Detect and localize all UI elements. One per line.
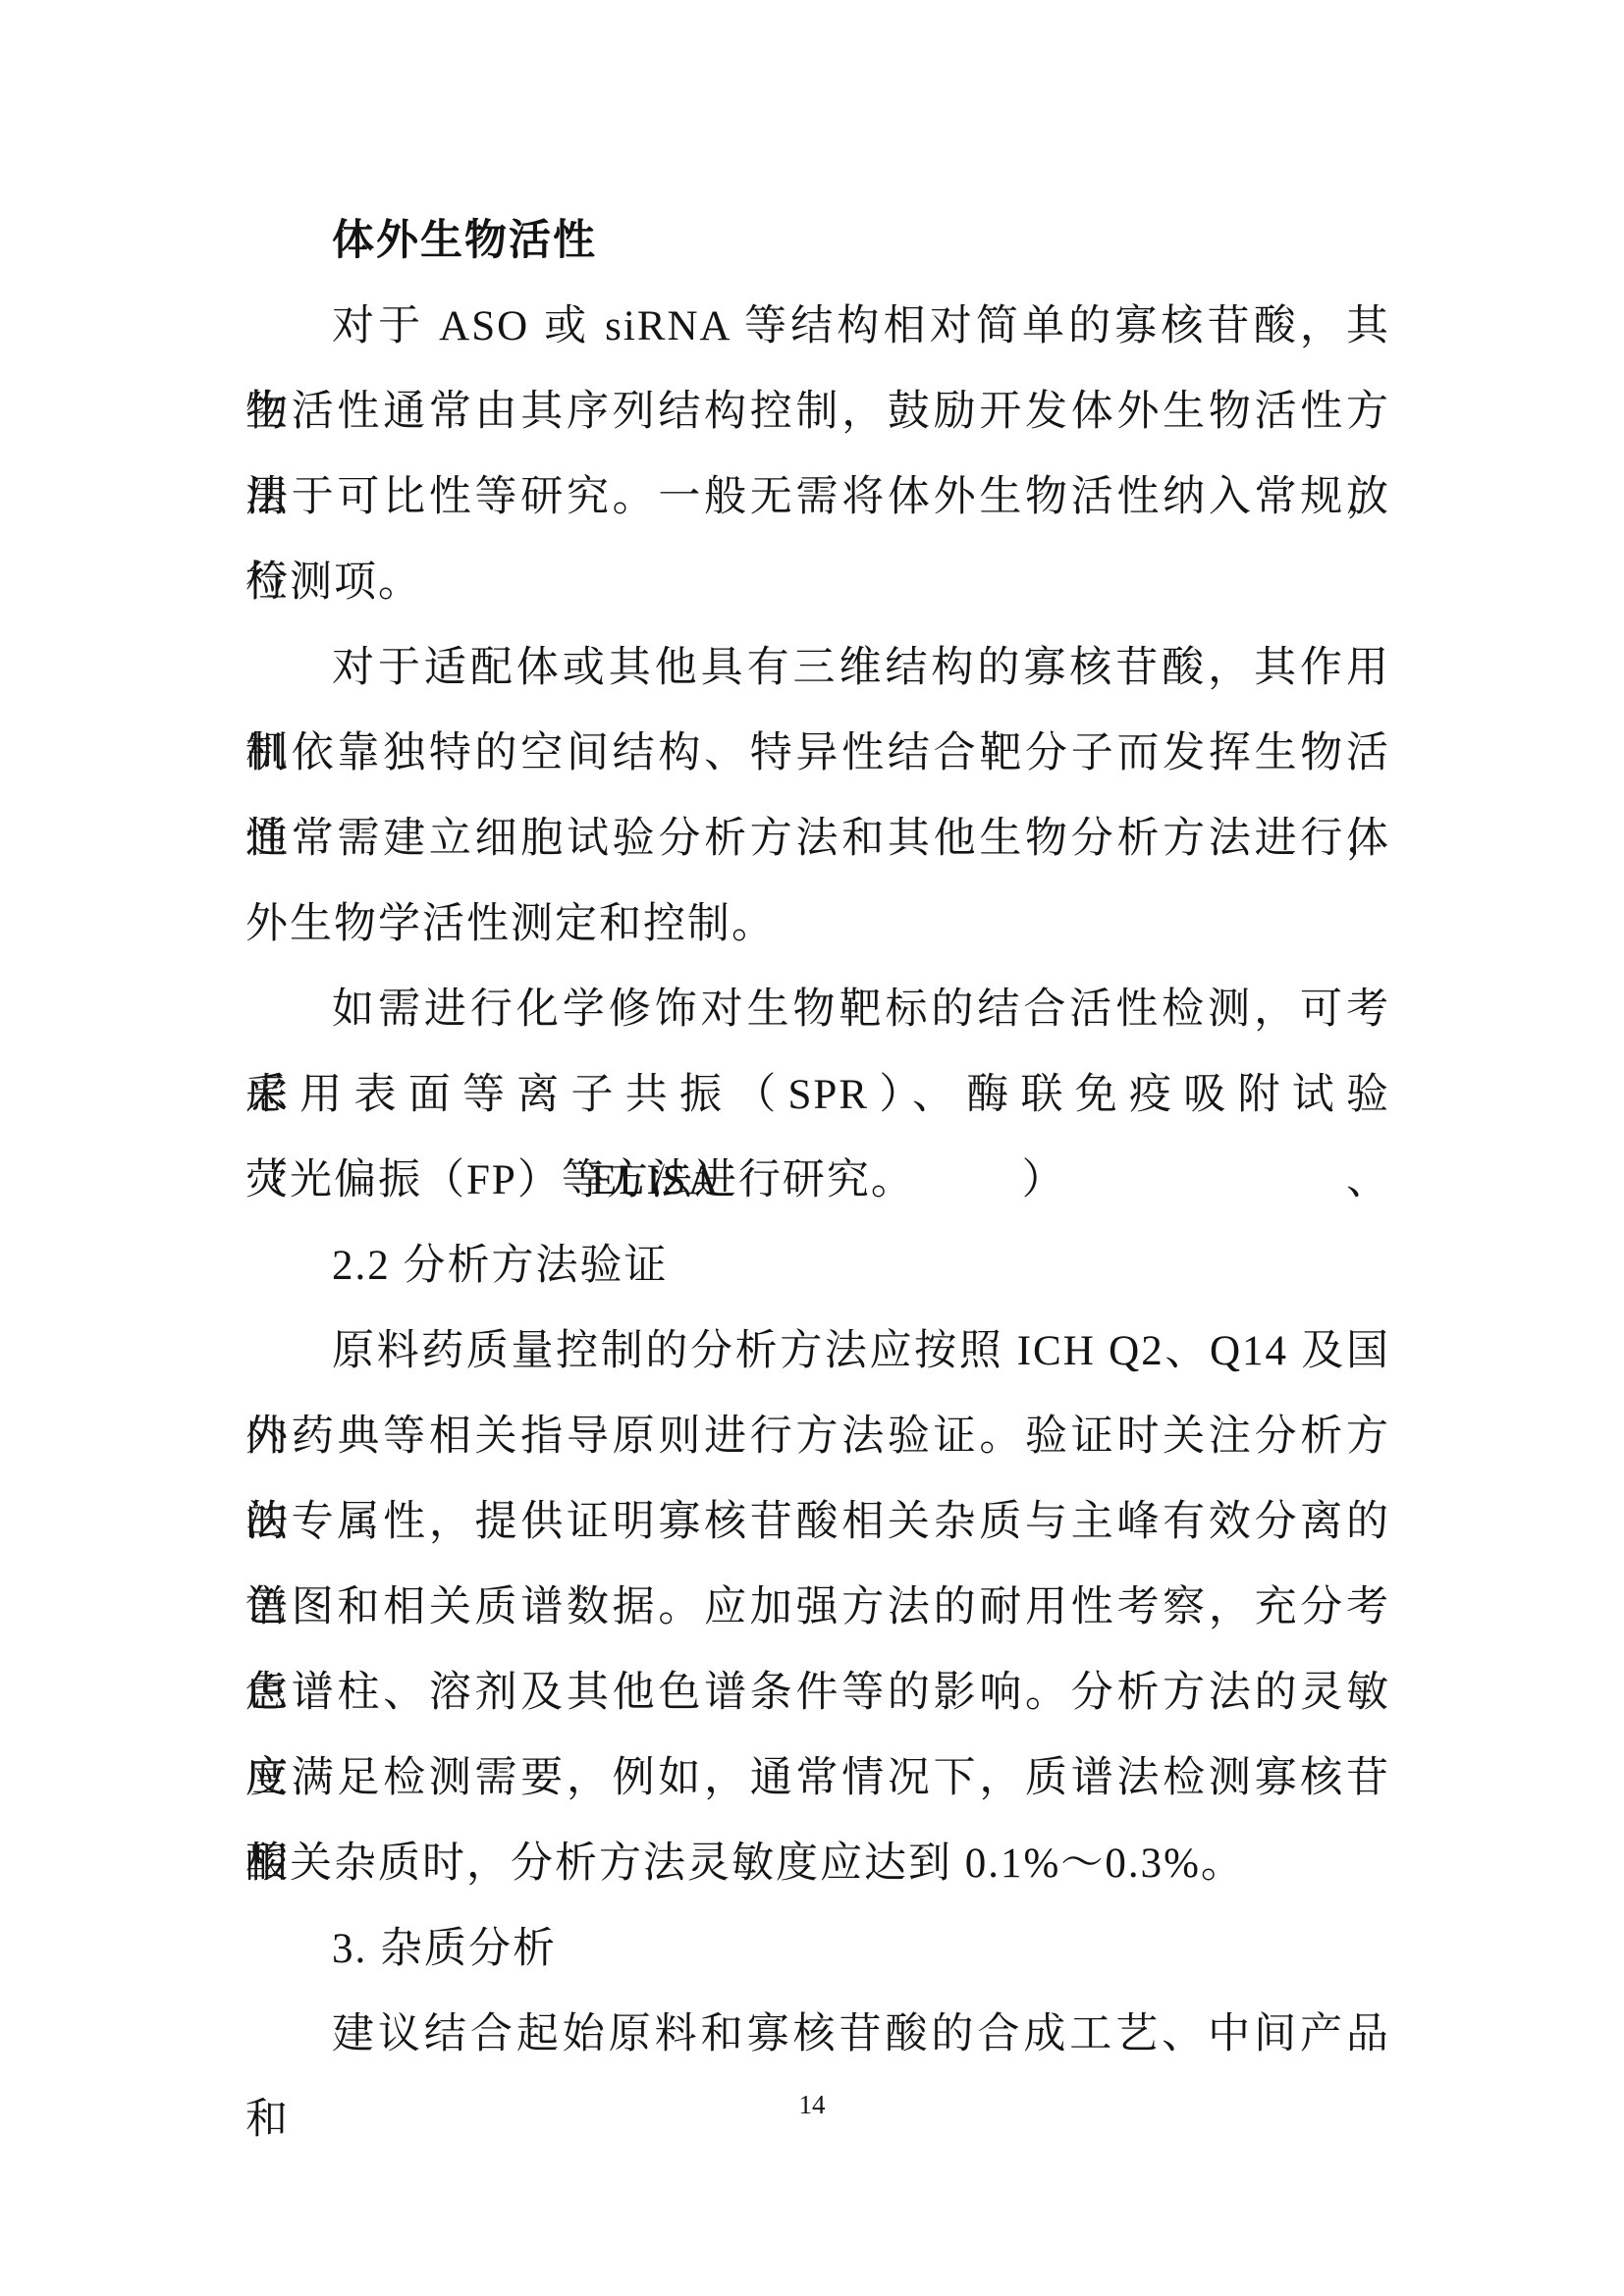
text-line: 对于适配体或其他具有三维结构的寡核苷酸，其作用机	[245, 625, 1390, 711]
section-heading-2-2: 2.2 分析方法验证	[245, 1223, 1390, 1308]
text-line: 应满足检测需要，例如，通常情况下，质谱法检测寡核苷酸	[245, 1735, 1390, 1821]
page-body: 体外生物活性 对于 ASO 或 siRNA 等结构相对简单的寡核苷酸，其生 物活…	[245, 198, 1390, 2077]
text-line: 谱图和相关质谱数据。应加强方法的耐用性考察，充分考虑	[245, 1565, 1390, 1650]
text-line: 的专属性，提供证明寡核苷酸相关杂质与主峰有效分离的色	[245, 1479, 1390, 1565]
text-line: 物活性通常由其序列结构控制，鼓励开发体外生物活性方法，	[245, 369, 1390, 454]
section-heading-in-vitro-bioactivity: 体外生物活性	[245, 198, 1390, 284]
text-line: 外药典等相关指导原则进行方法验证。验证时关注分析方法	[245, 1394, 1390, 1479]
text-line: 如需进行化学修饰对生物靶标的结合活性检测，可考虑	[245, 967, 1390, 1052]
section-heading-3: 3. 杂质分析	[245, 1906, 1390, 1992]
text-line: 用于可比性等研究。一般无需将体外生物活性纳入常规放行	[245, 454, 1390, 540]
text-line: 原料药质量控制的分析方法应按照 ICH Q2、Q14 及国内	[245, 1308, 1390, 1394]
text-line: 色谱柱、溶剂及其他色谱条件等的影响。分析方法的灵敏度	[245, 1650, 1390, 1735]
text-line: 外生物学活性测定和控制。	[245, 881, 1390, 967]
page-number: 14	[0, 2087, 1624, 2122]
text-line: 采用表面等离子共振（SPR）、酶联免疫吸附试验（ELISA）、	[245, 1052, 1390, 1138]
document-page: 体外生物活性 对于 ASO 或 siRNA 等结构相对简单的寡核苷酸，其生 物活…	[0, 0, 1624, 2296]
text-line: 制依靠独特的空间结构、特异性结合靶分子而发挥生物活性，	[245, 711, 1390, 796]
text-line: 检测项。	[245, 540, 1390, 625]
text-line: 对于 ASO 或 siRNA 等结构相对简单的寡核苷酸，其生	[245, 284, 1390, 369]
text-line: 通常需建立细胞试验分析方法和其他生物分析方法进行体	[245, 796, 1390, 881]
text-line: 建议结合起始原料和寡核苷酸的合成工艺、中间产品和	[245, 1992, 1390, 2077]
text-line: 相关杂质时，分析方法灵敏度应达到 0.1%～0.3%。	[245, 1821, 1390, 1906]
